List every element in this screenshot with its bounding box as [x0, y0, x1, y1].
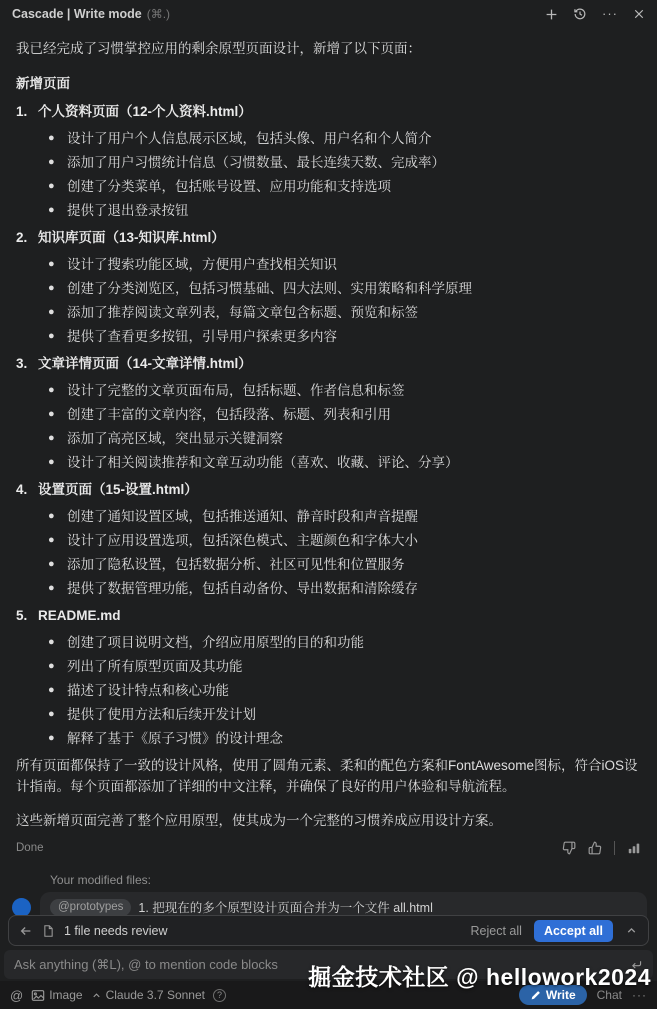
more-options-icon[interactable]: ··· [602, 9, 618, 19]
bullet-dot: ● [48, 556, 62, 573]
bullet-dot: ● [48, 328, 62, 345]
page-title: 个人资料页面（12-个人资料.html） [38, 103, 252, 121]
bullet-text: 添加了隐私设置，包括数据分析、社区可见性和位置服务 [67, 556, 405, 573]
divider [614, 841, 615, 855]
page-number: 5. [16, 607, 38, 625]
bullet-item: ●创建了项目说明文档，介绍应用原型的目的和功能 [16, 634, 641, 651]
bullet-dot: ● [48, 406, 62, 423]
bullet-item: ●添加了隐私设置，包括数据分析、社区可见性和位置服务 [16, 556, 641, 573]
bullet-item: ●列出了所有原型页面及其功能 [16, 658, 641, 675]
bullet-item: ●创建了通知设置区域，包括推送通知、静音时段和声音提醒 [16, 508, 641, 525]
back-arrow-icon[interactable] [19, 924, 33, 938]
bullet-dot: ● [48, 256, 62, 273]
image-icon [31, 989, 45, 1002]
file-document-icon [42, 924, 55, 938]
bullet-item: ●设计了完整的文章页面布局，包括标题、作者信息和标签 [16, 382, 641, 399]
ask-input-placeholder: Ask anything (⌘L), @ to mention code blo… [14, 957, 278, 973]
bullet-dot: ● [48, 532, 62, 549]
bullet-item: ●添加了推荐阅读文章列表，每篇文章包含标题、预览和标签 [16, 304, 641, 321]
bullet-dot: ● [48, 634, 62, 651]
bullet-dot: ● [48, 280, 62, 297]
bullet-item: ●描述了设计特点和核心功能 [16, 682, 641, 699]
message-status-row: Done [16, 841, 641, 855]
bullet-item: ●提供了查看更多按钮，引导用户探索更多内容 [16, 328, 641, 345]
bullet-dot: ● [48, 730, 62, 747]
at-mention-icon[interactable]: @ [10, 988, 23, 1003]
reject-all-button[interactable]: Reject all [471, 924, 522, 938]
page-number: 4. [16, 481, 38, 499]
page-item-1: 1. 个人资料页面（12-个人资料.html） ●设计了用户个人信息展示区域，包… [16, 103, 641, 219]
bullet-dot: ● [48, 130, 62, 147]
modified-files-label: Your modified files: [50, 873, 641, 887]
bullet-text: 列出了所有原型页面及其功能 [67, 658, 243, 675]
status-label: Done [16, 842, 44, 854]
page-item-4: 4. 设置页面（15-设置.html） ●创建了通知设置区域，包括推送通知、静音… [16, 481, 641, 597]
bullet-dot: ● [48, 430, 62, 447]
bullet-dot: ● [48, 304, 62, 321]
bullet-text: 提供了数据管理功能，包括自动备份、导出数据和清除缓存 [67, 580, 418, 597]
page-number: 3. [16, 355, 38, 373]
bullet-text: 提供了使用方法和后续开发计划 [67, 706, 256, 723]
new-conversation-icon[interactable] [545, 8, 558, 21]
bullet-item: ●提供了退出登录按钮 [16, 202, 641, 219]
page-title: 知识库页面（13-知识库.html） [38, 229, 225, 247]
bullet-text: 解释了基于《原子习惯》的设计理念 [67, 730, 283, 747]
panel-shortcut: (⌘.) [147, 7, 170, 21]
bullet-dot: ● [48, 508, 62, 525]
intro-paragraph: 我已经完成了习惯掌控应用的剩余原型页面设计，新增了以下页面： [16, 40, 641, 58]
thumbs-down-icon[interactable] [562, 841, 576, 855]
bullet-text: 创建了丰富的文章内容，包括段落、标题、列表和引用 [67, 406, 391, 423]
help-icon[interactable]: ? [213, 989, 226, 1002]
model-selector[interactable]: Claude 3.7 Sonnet [91, 988, 205, 1002]
close-icon[interactable] [633, 8, 645, 20]
page-title: 文章详情页面（14-文章详情.html） [38, 355, 252, 373]
bullet-dot: ● [48, 454, 62, 471]
image-attach-button[interactable]: Image [31, 988, 82, 1002]
bullet-dot: ● [48, 178, 62, 195]
review-bar: 1 file needs review Reject all Accept al… [8, 915, 649, 946]
chevron-up-icon [91, 990, 102, 1001]
closing-paragraph-1: 所有页面都保持了一致的设计风格，使用了圆角元素、柔和的配色方案和FontAwes… [16, 755, 641, 797]
page-title: 设置页面（15-设置.html） [38, 481, 198, 499]
bullet-text: 创建了通知设置区域，包括推送通知、静音时段和声音提醒 [67, 508, 418, 525]
bullet-item: ●创建了分类菜单，包括账号设置、应用功能和支持选项 [16, 178, 641, 195]
bullet-text: 设计了搜索功能区域，方便用户查找相关知识 [67, 256, 337, 273]
bullet-text: 创建了分类菜单，包括账号设置、应用功能和支持选项 [67, 178, 391, 195]
bullet-item: ●设计了用户个人信息展示区域，包括头像、用户名和个人简介 [16, 130, 641, 147]
page-item-3: 3. 文章详情页面（14-文章详情.html） ●设计了完整的文章页面布局，包括… [16, 355, 641, 471]
closing-paragraph-2: 这些新增页面完善了整个应用原型，使其成为一个完整的习惯养成应用设计方案。 [16, 810, 641, 831]
bullet-dot: ● [48, 580, 62, 597]
bullet-text: 创建了分类浏览区，包括习惯基础、四大法则、实用策略和科学原理 [67, 280, 472, 297]
bullet-dot: ● [48, 202, 62, 219]
bullet-item: ●提供了使用方法和后续开发计划 [16, 706, 641, 723]
bullet-item: ●设计了应用设置选项，包括深色模式、主题颜色和字体大小 [16, 532, 641, 549]
bullet-item: ●创建了分类浏览区，包括习惯基础、四大法则、实用策略和科学原理 [16, 280, 641, 297]
bullet-text: 设计了完整的文章页面布局，包括标题、作者信息和标签 [67, 382, 405, 399]
bullet-dot: ● [48, 382, 62, 399]
history-icon[interactable] [573, 7, 587, 21]
thumbs-up-icon[interactable] [588, 841, 602, 855]
bullet-dot: ● [48, 706, 62, 723]
stats-chart-icon[interactable] [627, 841, 641, 855]
bullet-item: ●提供了数据管理功能，包括自动备份、导出数据和清除缓存 [16, 580, 641, 597]
review-status-text: 1 file needs review [64, 924, 168, 938]
bullet-text: 设计了相关阅读推荐和文章互动功能（喜欢、收藏、评论、分享） [67, 454, 459, 471]
bullet-item: ●创建了丰富的文章内容，包括段落、标题、列表和引用 [16, 406, 641, 423]
bullet-item: ●设计了相关阅读推荐和文章互动功能（喜欢、收藏、评论、分享） [16, 454, 641, 471]
bullet-dot: ● [48, 154, 62, 171]
assistant-message: 我已经完成了习惯掌控应用的剩余原型页面设计，新增了以下页面： 新增页面 1. 个… [0, 40, 657, 911]
bullet-text: 设计了应用设置选项，包括深色模式、主题颜色和字体大小 [67, 532, 418, 549]
bullet-dot: ● [48, 682, 62, 699]
chevron-up-icon[interactable] [625, 924, 638, 937]
page-number: 2. [16, 229, 38, 247]
page-item-2: 2. 知识库页面（13-知识库.html） ●设计了搜索功能区域，方便用户查找相… [16, 229, 641, 345]
page-title: README.md [38, 607, 121, 625]
bullet-text: 设计了用户个人信息展示区域，包括头像、用户名和个人简介 [67, 130, 432, 147]
bullet-item: ●解释了基于《原子习惯》的设计理念 [16, 730, 641, 747]
model-name: Claude 3.7 Sonnet [106, 988, 205, 1002]
page-item-5: 5. README.md ●创建了项目说明文档，介绍应用原型的目的和功能 ●列出… [16, 607, 641, 747]
bullet-text: 添加了推荐阅读文章列表，每篇文章包含标题、预览和标签 [67, 304, 418, 321]
image-label: Image [49, 988, 82, 1002]
panel-header-actions: ··· [545, 7, 645, 21]
panel-header: Cascade | Write mode (⌘.) ··· [0, 0, 657, 24]
watermark-text: 掘金技术社区 @ hellowork2024 [308, 959, 651, 992]
bullet-text: 创建了项目说明文档，介绍应用原型的目的和功能 [67, 634, 364, 651]
bullet-dot: ● [48, 658, 62, 675]
panel-title: Cascade | Write mode [12, 7, 142, 21]
accept-all-button[interactable]: Accept all [534, 920, 613, 942]
bullet-text: 添加了用户习惯统计信息（习惯数量、最长连续天数、完成率） [67, 154, 445, 171]
bullet-item: ●添加了用户习惯统计信息（习惯数量、最长连续天数、完成率） [16, 154, 641, 171]
bullet-text: 提供了查看更多按钮，引导用户探索更多内容 [67, 328, 337, 345]
page-number: 1. [16, 103, 38, 121]
bullet-item: ●设计了搜索功能区域，方便用户查找相关知识 [16, 256, 641, 273]
mention-pill[interactable]: @prototypes [50, 899, 131, 916]
bullet-text: 添加了高亮区域，突出显示关键洞察 [67, 430, 283, 447]
bullet-item: ●添加了高亮区域，突出显示关键洞察 [16, 430, 641, 447]
bullet-text: 提供了退出登录按钮 [67, 202, 189, 219]
bullet-text: 描述了设计特点和核心功能 [67, 682, 229, 699]
section-heading: 新增页面 [16, 75, 641, 93]
